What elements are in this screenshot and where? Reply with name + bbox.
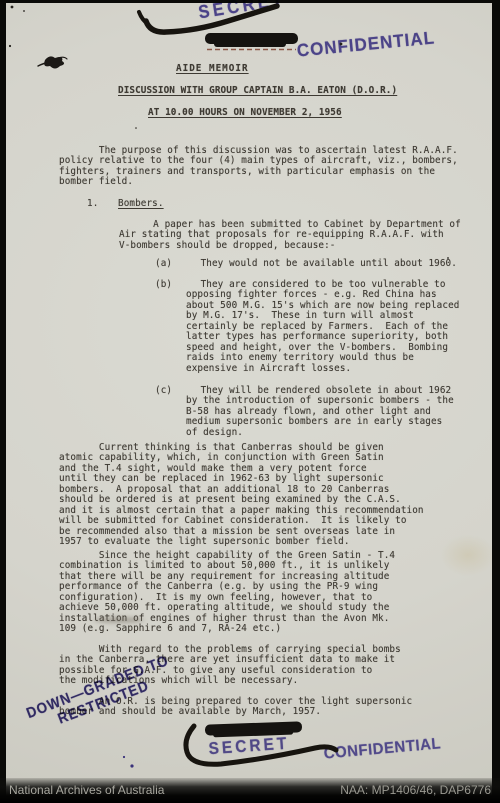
page-subtitle-time: AT 10.00 HOURS ON NOVEMBER 2, 1956	[148, 108, 342, 118]
list-item-c: (c) They will be rendered obsolete in ab…	[155, 386, 454, 438]
paragraph-current-thinking: Current thinking is that Canberras shoul…	[59, 443, 424, 548]
archive-name: National Archives of Australia	[9, 783, 164, 797]
page-subtitle-discussion: DISCUSSION WITH GROUP CAPTAIN B.A. EATON…	[118, 86, 397, 96]
document-scan: AIDE MEMOIR DISCUSSION WITH GROUP CAPTAI…	[0, 0, 500, 803]
section-title-bombers: Bombers.	[118, 199, 164, 209]
archive-reference: NAA: MP1406/46, DAP6776	[340, 783, 491, 797]
archive-footer: National Archives of Australia NAA: MP14…	[0, 778, 500, 803]
paragraph-intro: The purpose of this discussion was to as…	[59, 146, 458, 188]
page-title: AIDE MEMOIR	[176, 64, 249, 74]
pencil-smudge	[94, 617, 144, 623]
list-item-b: (b) They are considered to be too vulner…	[155, 280, 459, 374]
section-number: 1.	[87, 199, 98, 209]
paragraph-cabinet: A paper has been submitted to Cabinet by…	[119, 220, 461, 251]
list-item-a: (a) They would not be available until ab…	[155, 259, 457, 269]
